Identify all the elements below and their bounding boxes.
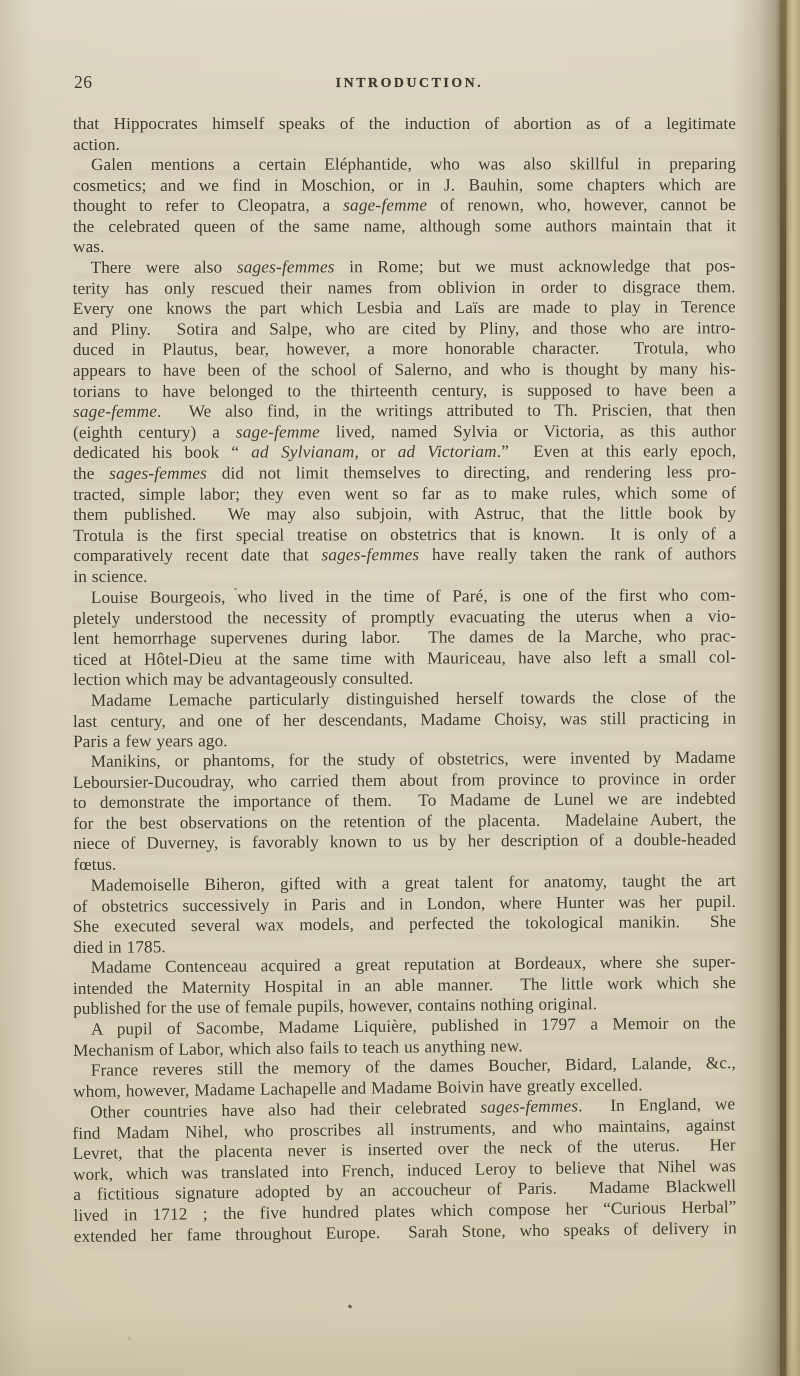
- text-line: and Pliny. Sotira and Salpe, who are cit…: [73, 318, 736, 340]
- paragraph: Manikins, or phantoms, for the study of …: [73, 748, 737, 876]
- text-line: (eighth century) a sage-femme lived, nam…: [73, 421, 736, 443]
- paragraph: Other countries have also had their cele…: [72, 1094, 737, 1247]
- paragraph: Galen mentions a certain Eléphantide, wh…: [73, 154, 736, 258]
- text-line: Louise Bourgeois, who lived in the time …: [73, 585, 736, 608]
- text-line: torians to have belonged to the thirteen…: [73, 380, 736, 402]
- text-line: the celebrated queen of the same name, a…: [73, 216, 736, 237]
- paragraph: Louise Bourgeois, who lived in the time …: [73, 585, 736, 691]
- text-line: ticed at Hôtel-Dieu at the same time wit…: [73, 647, 736, 670]
- paragraph: Mademoiselle Biheron, gifted with a grea…: [73, 871, 737, 959]
- text-line: last century, and one of her descendants…: [73, 708, 736, 732]
- text-line: terity has only rescued their names from…: [73, 277, 736, 299]
- text-line: lent hemorrhage supervenes during labor.…: [73, 626, 736, 649]
- text-line: tracted, simple labor; they even went so…: [73, 483, 736, 505]
- text-line: comparatively recent date that sages-fem…: [73, 545, 736, 567]
- text-line: cosmetics; and we find in Moschion, or i…: [73, 175, 736, 196]
- body-text: that Hippocrates himself speaks of the i…: [73, 114, 736, 1247]
- text-line: that Hippocrates himself speaks of the i…: [73, 114, 736, 135]
- adjacent-page-edge: [786, 0, 800, 1376]
- paragraph: There were also sages-femmes in Rome; bu…: [73, 256, 737, 587]
- text-line: Trotula is the first special treatise on…: [73, 524, 736, 546]
- paragraph: Madame Lemache particularly distinguishe…: [73, 687, 736, 752]
- text-line: action.: [73, 135, 736, 156]
- text-line: Madame Lemache particularly distinguishe…: [73, 687, 736, 711]
- text-line: duced in Plautus, bear, however, a more …: [73, 339, 736, 361]
- ink-speck: [348, 1304, 353, 1309]
- left-edge-shading: [0, 0, 34, 1376]
- text-line: thought to refer to Cleopatra, a sage-fe…: [73, 196, 736, 217]
- text-line: in science.: [73, 565, 736, 587]
- text-line: Every one knows the part which Lesbia an…: [73, 298, 736, 320]
- page-curve-shadow: [732, 0, 780, 1376]
- text-line: Galen mentions a certain Eléphantide, wh…: [73, 154, 736, 175]
- bottom-edge-shading: [0, 1306, 800, 1376]
- text-line: dedicated his book “ ad Sylvianam, or ad…: [73, 442, 736, 464]
- text-line: appears to have been of the school of Sa…: [73, 359, 736, 381]
- text-line: was.: [73, 237, 736, 258]
- paragraph: that Hippocrates himself speaks of the i…: [73, 114, 736, 155]
- text-line: sage-femme. We also find, in the writing…: [73, 401, 736, 423]
- paragraph: Madame Contenceau acquired a great reput…: [73, 952, 737, 1020]
- book-page-scan: 26 INTRODUCTION. that Hippocrates himsel…: [0, 0, 800, 1376]
- paper-stain: [128, 1337, 131, 1340]
- text-line: pletely understood the necessity of prom…: [73, 606, 736, 629]
- running-title: INTRODUCTION.: [73, 75, 736, 91]
- text-line: the sages-femmes did not limit themselve…: [73, 462, 736, 484]
- text-line: There were also sages-femmes in Rome; bu…: [73, 256, 736, 278]
- text-line: them published. We may also subjoin, wit…: [73, 504, 736, 526]
- running-head: 26 INTRODUCTION.: [73, 72, 736, 96]
